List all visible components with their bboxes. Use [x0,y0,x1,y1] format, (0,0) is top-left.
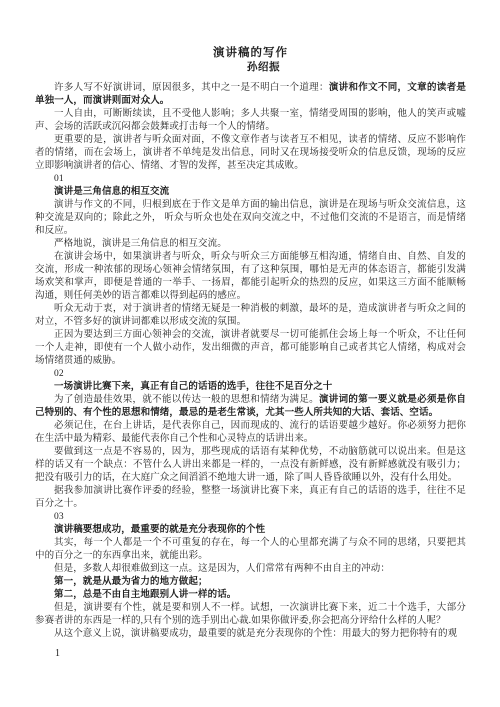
section-number: 03 [35,511,466,524]
section-number: 02 [35,368,466,381]
paragraph: 演讲与作文的不同，归根到底在于作文是单方面的输出信息，演讲是在现场与听众交流信息… [35,199,466,238]
paragraph: 为了创造最佳效果，就不能以传达一般的思想和情绪为满足。演讲词的第一要义就是必须是… [35,394,466,420]
document-title: 演讲稿的写作 [35,46,466,61]
paragraph: 严格地说，演讲是三角信息的相互交流。 [35,238,466,251]
paragraph: 但是，演讲要有个性，就是要和别人不一样。试想，一次演讲比赛下来，近二十个选手，大… [35,602,466,628]
paragraph: 一人自由，可断断续读，且不受他人影响；多人共聚一室，情绪受周围的影响，他人的笑声… [35,108,466,134]
document-author: 孙绍振 [35,61,466,75]
section-heading: 演讲是三角信息的相互交流 [35,186,466,199]
paragraph: 在演讲会场中，如果演讲者与听众，听众与听众三方面能够互相沟通，情绪自由、自然、自… [35,251,466,303]
paragraph: 其实，每一个人都是一个不可重复的存在，每一个人的心里都充满了与众不同的思绪，只要… [35,537,466,563]
section-heading: 一场演讲比赛下来，真正有自己的话语的选手，往往不足百分之十 [35,381,466,394]
section-heading: 演讲稿要想成功，最重要的就是充分表现你的个性 [35,524,466,537]
paragraph: 要做到这一点是不容易的，因为，那些现成的话语有某种优势，不动脑筋就可以说出来。但… [35,446,466,485]
paragraph: 更重要的是，演讲者与听众面对面，不像文章作者与读者互不相见，读者的情绪、反应不影… [35,134,466,173]
paragraph: 正因为要达到三方面心领神会的交流，演讲者就要尽一切可能抓住会场上每一个听众，不让… [35,329,466,368]
document-content: 演讲稿的写作 孙绍振 许多人写不好演讲词，原因很多，其中之一是不明白一个道理：演… [35,46,466,641]
paragraph: 必须记住，在台上讲话，是代表你自己，因而现成的、流行的话语要越少越好。你必须努力… [35,420,466,446]
list-item-heading: 第一，就是从最为省力的地方做起； [35,576,466,589]
paragraph: 但是，多数人却很难做到这一点。这是因为，人们常常有两种不由自主的冲动： [35,563,466,576]
page-number: 1 [55,648,60,660]
section-number: 01 [35,173,466,186]
paragraph: 听众无动于衷，对于演讲者的情绪无疑是一种消极的刺激，最坏的是，造成演讲者与听众之… [35,303,466,329]
list-item-heading: 第二，总是不由自主地跟别人讲一样的话。 [35,589,466,602]
paragraph: 许多人写不好演讲词，原因很多，其中之一是不明白一个道理：演讲和作文不同，文章的读… [35,82,466,108]
paragraph: 据我参加演讲比赛作评委的经验，整整一场演讲比赛下来，真正有自己的话语的选手，往往… [35,485,466,511]
document-page: 演讲稿的写作 孙绍振 许多人写不好演讲词，原因很多，其中之一是不明白一个道理：演… [0,0,500,707]
paragraph: 从这个意义上说，演讲稿要成功，最重要的就是充分表现你的个性：用最大的努力把你特有… [35,628,466,641]
